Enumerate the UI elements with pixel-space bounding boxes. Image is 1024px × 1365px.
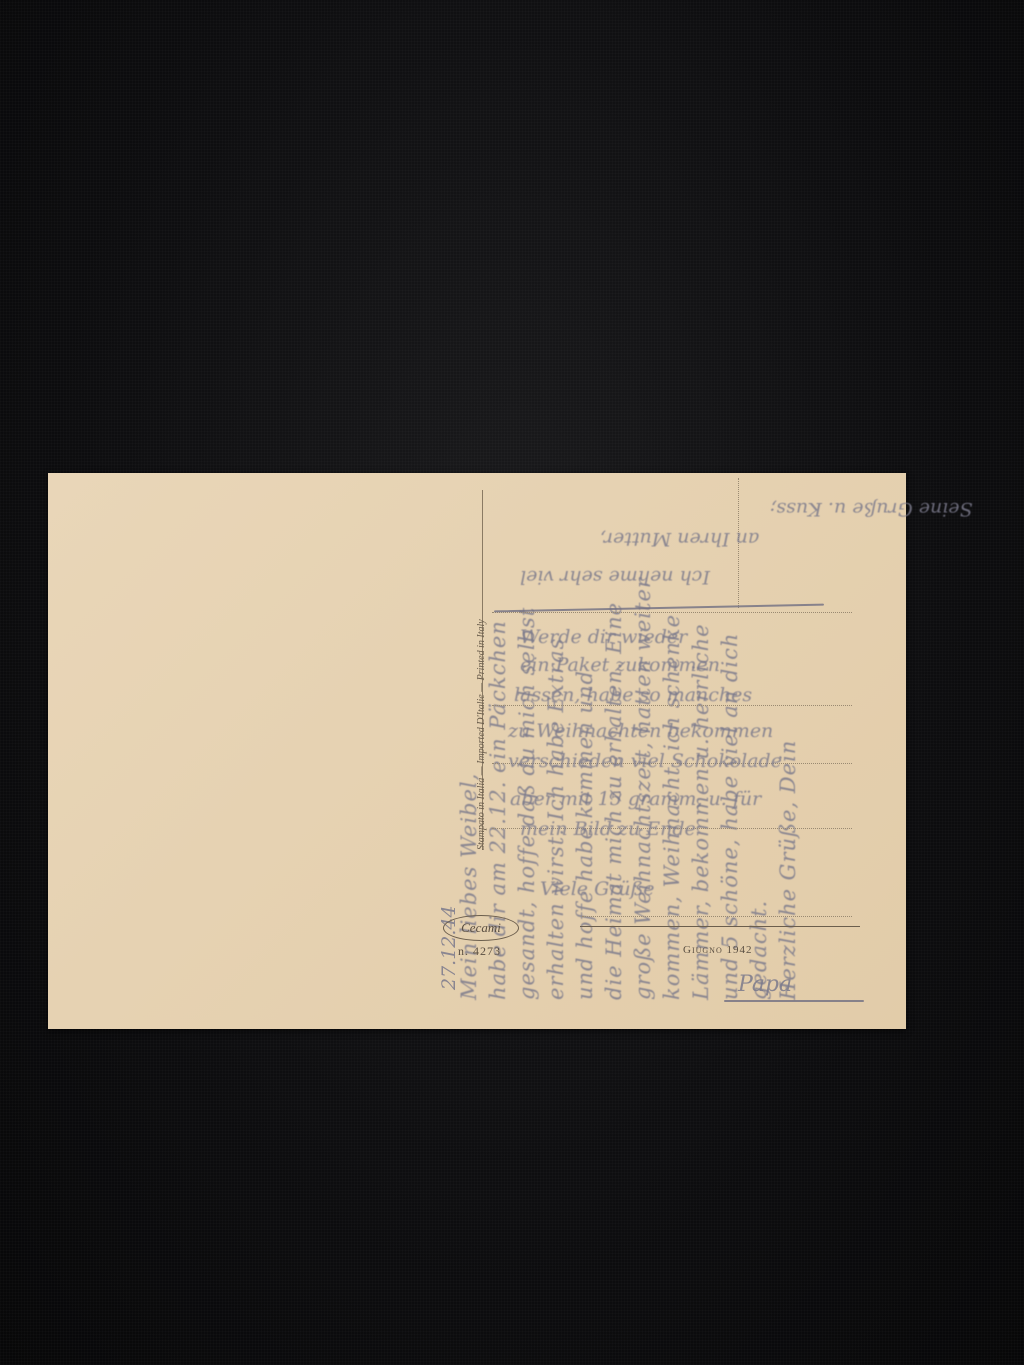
message-line: zu Weihnachten bekommen	[508, 720, 773, 742]
signature-underline	[724, 1000, 864, 1002]
print-imprint: Stampato in Italia — Imported D'Italie —…	[476, 619, 487, 850]
signature: Papa	[738, 972, 792, 997]
upside-down-line: Ich nehme sehr viel	[520, 566, 710, 588]
upside-down-line: an Ihren Mutter,	[600, 528, 759, 550]
address-solid-rule	[580, 926, 860, 927]
upside-down-line: Seine Gruße u. Kuss;	[770, 498, 973, 520]
message-line: Herzliche Grüße, Dein	[774, 480, 803, 1000]
message-line: verschieden viel Schokolade	[508, 750, 782, 772]
publisher-logo: Cecami	[443, 915, 519, 941]
message-line: Werde dir wieder	[520, 626, 687, 648]
print-date: Giugno 1942	[683, 944, 752, 956]
message-line: aber mit 15 gramm, u. für	[510, 788, 761, 810]
closing: Viele Grüße	[540, 878, 655, 900]
card-number: n. 4273	[458, 944, 501, 959]
address-rule	[582, 916, 852, 917]
message-line: ein Paket zukommen	[520, 654, 720, 676]
message-line: mein Bild zu Ende	[520, 818, 696, 840]
message-line: lassen, habe so manches	[514, 684, 752, 706]
address-rule	[492, 612, 852, 613]
